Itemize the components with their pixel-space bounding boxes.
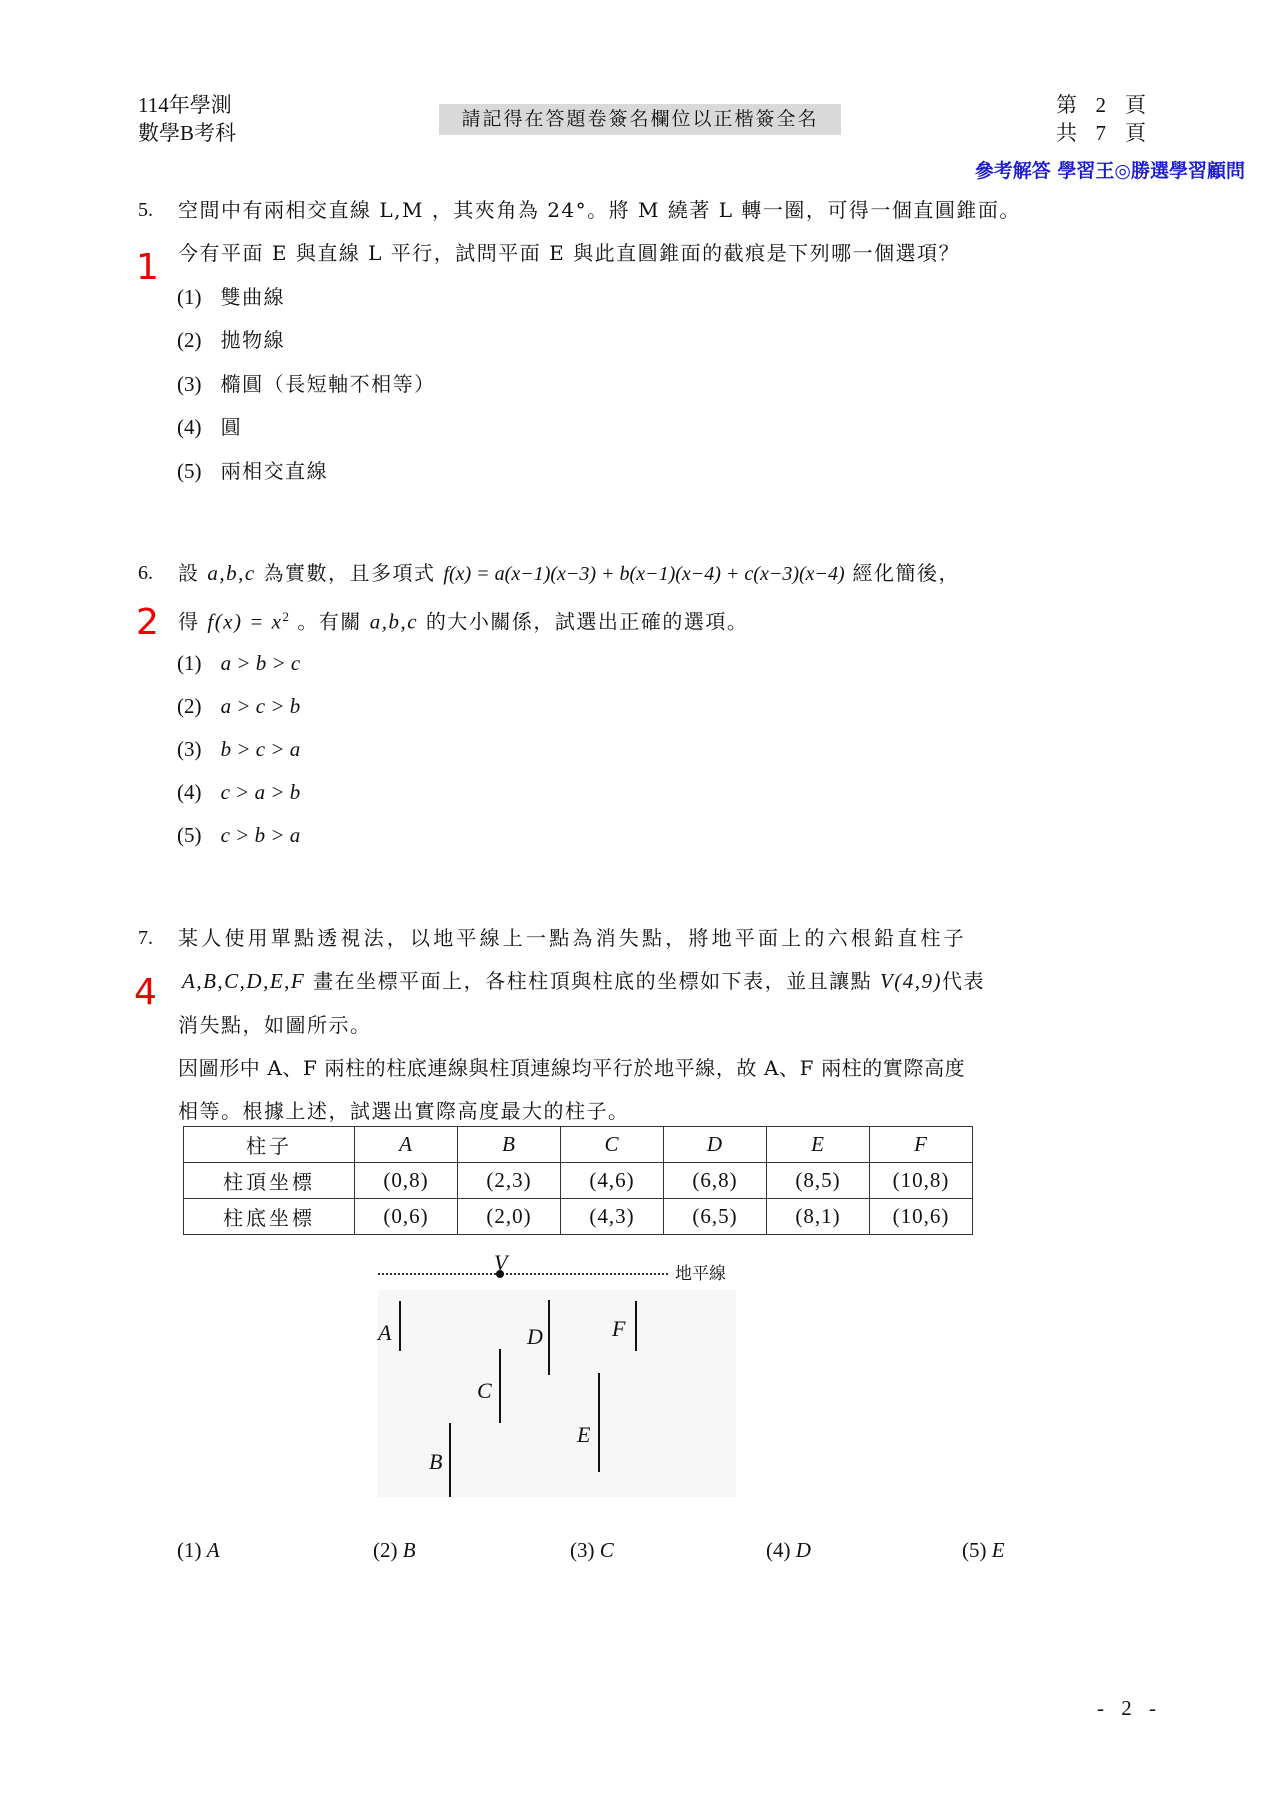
option-item[interactable]: (1) 雙曲線: [177, 276, 285, 319]
question-text-line: 消失點，如圖所示。: [178, 1004, 372, 1047]
option-text: 兩相交直線: [221, 459, 329, 483]
option-item[interactable]: (3) b > c > a: [177, 728, 300, 771]
option-number: (5): [177, 823, 202, 847]
table-row-label: 柱頂坐標: [184, 1163, 355, 1199]
table-header-cell: F: [870, 1127, 973, 1163]
pole-b: [449, 1423, 451, 1497]
table-cell: (2,0): [458, 1199, 561, 1235]
pole-d: [548, 1300, 550, 1375]
option-number: (3): [570, 1538, 595, 1562]
answer-credit: 參考解答 學習王◎勝選學習顧問: [931, 158, 1245, 184]
table-cell: (8,1): [767, 1199, 870, 1235]
math-formula: f(x) = x: [207, 610, 282, 634]
table-cell: (4,6): [561, 1163, 664, 1199]
question-text-line: 今有平面 E 與直線 L 平行，試問平面 E 與此直圓錐面的截痕是下列哪一個選項…: [178, 232, 960, 275]
option-item[interactable]: (5) 兩相交直線: [177, 450, 328, 493]
table-header-cell: E: [767, 1127, 870, 1163]
math-variables: A,B,C,D,E,F: [182, 969, 305, 993]
table-row-label: 柱底坐標: [184, 1199, 355, 1235]
option-text: 雙曲線: [221, 285, 286, 309]
table-cell: (2,3): [458, 1163, 561, 1199]
option-item[interactable]: (3) C: [570, 1535, 614, 1565]
table-header-cell: D: [664, 1127, 767, 1163]
math-variables: a,b,c: [207, 561, 255, 585]
pole-c: [499, 1349, 501, 1423]
math-formula: f(x) = a(x−1)(x−3) + b(x−1)(x−4) + c(x−3…: [443, 563, 844, 585]
option-number: (1): [177, 1538, 202, 1562]
text-run: 。有關: [297, 610, 362, 634]
text-run: 經化簡後，: [853, 561, 961, 585]
option-item[interactable]: (4) D: [766, 1535, 811, 1565]
pole-e-label: E: [577, 1424, 590, 1446]
table-cell: (0,8): [355, 1163, 458, 1199]
question-text-line: 設 a,b,c 為實數，且多項式 f(x) = a(x−1)(x−3) + b(…: [178, 552, 960, 595]
pole-f: [635, 1301, 637, 1351]
math-variables: a,b,c: [370, 610, 418, 634]
text-run: 得: [178, 610, 200, 634]
table-header-cell: B: [458, 1127, 561, 1163]
table-cell: (10,8): [870, 1163, 973, 1199]
option-number: (4): [766, 1538, 791, 1562]
option-item[interactable]: (2) a > c > b: [177, 685, 300, 728]
option-item[interactable]: (4) c > a > b: [177, 771, 300, 814]
option-text: 橢圓（長短軸不相等）: [221, 372, 436, 396]
horizon-line: [378, 1273, 668, 1275]
option-number: (4): [177, 780, 202, 804]
option-text: B: [403, 1538, 416, 1562]
option-text: D: [796, 1538, 811, 1562]
pole-b-label: B: [429, 1451, 442, 1473]
option-text: A: [207, 1538, 220, 1562]
option-item[interactable]: (1) A: [177, 1535, 220, 1565]
table-cell: (6,5): [664, 1199, 767, 1235]
option-text: c > a > b: [221, 780, 301, 804]
option-number: (2): [373, 1538, 398, 1562]
pole-e: [598, 1373, 600, 1472]
table-header-cell: A: [355, 1127, 458, 1163]
page-current-prefix: 第: [1056, 92, 1077, 118]
page-total-prefix: 共: [1056, 120, 1077, 146]
page-number-footer: - 2 -: [1097, 1696, 1162, 1721]
option-text: C: [600, 1538, 614, 1562]
page-current-number: 2: [1096, 92, 1107, 118]
text-run: 設: [178, 561, 200, 585]
question-text-line: 得 f(x) = x2 。有關 a,b,c 的大小關係，試選出正確的選項。: [178, 595, 748, 638]
option-number: (3): [177, 737, 202, 761]
table-header-row: 柱子 A B C D E F: [184, 1127, 973, 1163]
table-cell: (10,6): [870, 1199, 973, 1235]
exam-title-line1: 114年學測: [138, 91, 232, 119]
page-total-number: 7: [1096, 120, 1107, 146]
math-exponent: 2: [283, 609, 290, 624]
option-number: (3): [177, 372, 202, 396]
table-row: 柱頂坐標 (0,8) (2,3) (4,6) (6,8) (8,5) (10,8…: [184, 1163, 973, 1199]
math-point: V(4,9): [880, 969, 942, 993]
option-text: 圓: [221, 415, 243, 439]
option-text: b > c > a: [221, 737, 301, 761]
vanishing-point-label: V: [494, 1252, 507, 1274]
option-text: a > c > b: [221, 694, 301, 718]
text-run: 畫在坐標平面上，各柱柱頂與柱底的坐標如下表，並且讓點: [313, 969, 872, 993]
question-number: 6.: [138, 552, 153, 595]
answer-mark: 4: [134, 975, 157, 1011]
exam-title-line2: 數學B考科: [138, 119, 236, 147]
table-cell: (4,3): [561, 1199, 664, 1235]
option-item[interactable]: (3) 橢圓（長短軸不相等）: [177, 363, 436, 406]
text-run: 的大小關係，試選出正確的選項。: [426, 610, 749, 634]
option-number: (5): [962, 1538, 987, 1562]
table-header-cell: C: [561, 1127, 664, 1163]
question-text-line: 某人使用單點透視法，以地平線上一點為消失點，將地平面上的六根鉛直柱子: [178, 917, 967, 960]
option-number: (5): [177, 459, 202, 483]
option-number: (4): [177, 415, 202, 439]
table-cell: (6,8): [664, 1163, 767, 1199]
option-text: a > b > c: [221, 651, 301, 675]
option-number: (2): [177, 694, 202, 718]
signature-reminder-banner: 請記得在答題卷簽名欄位以正楷簽全名: [439, 104, 841, 135]
pole-c-label: C: [477, 1380, 492, 1402]
pole-a: [399, 1301, 401, 1351]
option-text: E: [992, 1538, 1005, 1562]
table-header-cell: 柱子: [184, 1127, 355, 1163]
answer-mark: 1: [136, 250, 159, 286]
table-row: 柱底坐標 (0,6) (2,0) (4,3) (6,5) (8,1) (10,6…: [184, 1199, 973, 1235]
question-text-line: 空間中有兩相交直線 L,M ，其夾角為 24°。將 M 繞著 L 轉一圈，可得一…: [178, 189, 1021, 232]
horizon-label: 地平線: [675, 1264, 726, 1284]
pole-d-label: D: [527, 1326, 543, 1348]
table-cell: (8,5): [767, 1163, 870, 1199]
option-item[interactable]: (5) c > b > a: [177, 814, 300, 857]
option-item[interactable]: (1) a > b > c: [177, 642, 300, 685]
pole-a-label: A: [378, 1322, 391, 1344]
option-item[interactable]: (5) E: [962, 1535, 1005, 1565]
option-text: c > b > a: [221, 823, 301, 847]
page-current-suffix: 頁: [1125, 92, 1146, 118]
question-number: 5.: [138, 189, 153, 232]
option-number: (1): [177, 651, 202, 675]
option-item[interactable]: (2) B: [373, 1535, 416, 1565]
page-total-suffix: 頁: [1125, 120, 1146, 146]
option-item[interactable]: (4) 圓: [177, 406, 242, 449]
pillar-coordinates-table: 柱子 A B C D E F 柱頂坐標 (0,8) (2,3) (4,6) (6…: [183, 1126, 973, 1235]
text-run: 代表: [942, 969, 985, 993]
answer-mark: 2: [136, 605, 159, 641]
question-number: 7.: [138, 917, 153, 960]
question-text-line: 因圖形中 A、F 兩柱的柱底連線與柱頂連線均平行於地平線，故 A、F 兩柱的實際…: [178, 1047, 965, 1090]
option-item[interactable]: (2) 拋物線: [177, 319, 285, 362]
option-number: (1): [177, 285, 202, 309]
question-text-line: A,B,C,D,E,F 畫在坐標平面上，各柱柱頂與柱底的坐標如下表，並且讓點 V…: [182, 960, 985, 1003]
option-number: (2): [177, 328, 202, 352]
page-current: 第 2 頁: [1056, 92, 1146, 118]
text-run: 為實數，且多項式: [264, 561, 436, 585]
pole-f-label: F: [612, 1318, 625, 1340]
page-total: 共 7 頁: [1056, 120, 1146, 146]
table-cell: (0,6): [355, 1199, 458, 1235]
option-text: 拋物線: [221, 328, 286, 352]
